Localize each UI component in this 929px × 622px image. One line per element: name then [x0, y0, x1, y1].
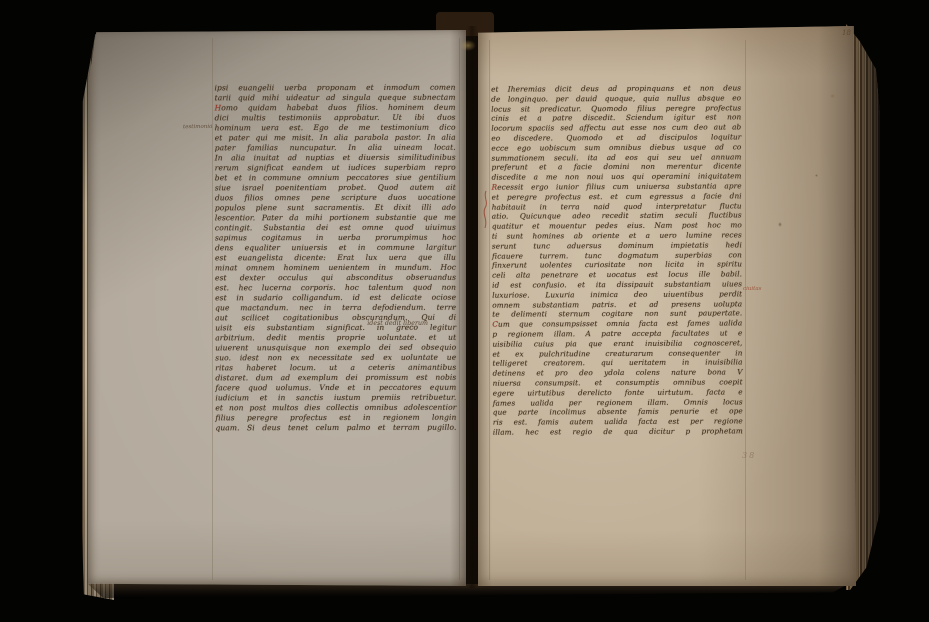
manuscript-line: ipsi euangelii uerba proponam et inmodum… [215, 83, 456, 94]
interlinear-note: idest dedit liberum [367, 320, 428, 327]
ruling-line [212, 38, 213, 580]
margin-note-left: testimonia [183, 124, 212, 131]
manuscript-line: uisibilia cuius pia que erant inuisibili… [492, 338, 742, 349]
folio-number: 18 [842, 29, 851, 37]
manuscript-line: suo. idest non ex necessitate sed ex uol… [215, 353, 456, 364]
manuscript-line: que mactandum. nec in terra defodiendum.… [215, 303, 456, 314]
manuscript-line: est. hec lucerna corporis. hoc talentum … [215, 283, 456, 294]
manuscript-line: hominum uera est. Ego de me testimonium … [215, 123, 456, 134]
manuscript-line: distaret. dum ad exemplum dei promissum … [215, 373, 456, 384]
manuscript-line: populos plene sunt sacramentis. Et dixit… [215, 203, 456, 214]
manuscript-line: facere quod uolumus. Vnde et in peccator… [215, 383, 456, 394]
manuscript-line: et pater qui me misit. In alia parabola … [215, 133, 456, 144]
manuscript-photo: testimonia ipsi euangelii uerba proponam… [0, 0, 929, 622]
manuscript-line: arbitrium. dedit mentis proprie uoluntat… [215, 333, 456, 344]
manuscript-line: est euangelista dicente: Erat lux uera q… [215, 253, 456, 264]
gutter-shadow [450, 26, 492, 588]
quire-mark: 38 [742, 451, 756, 460]
manuscript-line: est dexter occulus qui absconditus obser… [215, 273, 456, 284]
manuscript-line: uiuerent unusquisque non exemplo dei sed… [215, 343, 456, 354]
manuscript-line: bet et in commune omnium peccatores siue… [215, 173, 456, 184]
manuscript-line: dens equaliter uniuersis et in commune l… [215, 243, 456, 254]
manuscript-line: dici multis testimoniis approbatur. Ut i… [215, 113, 456, 124]
manuscript-line: tarii quid mihi uideatur ad singula queq… [215, 93, 456, 104]
parchment-speck [778, 222, 782, 227]
left-page-text: ipsi euangelii uerba proponam et inmodum… [215, 83, 457, 434]
manuscript-line: iudicium et in sanctis iustum premiis re… [215, 393, 456, 404]
parchment-stain [460, 40, 476, 51]
parchment-speck [815, 174, 818, 177]
manuscript-line: ritas haberet locum. ut a ceteris animan… [215, 363, 456, 374]
manuscript-line: minat omnem hominem uenientem in mundum.… [215, 263, 456, 274]
right-page-text: et Iheremias dicit deus ad propinquans e… [491, 83, 743, 437]
manuscript-line: contingit. Substantia dei est omne quod … [215, 223, 456, 234]
manuscript-line: duos filios omnes pene scripture duos uo… [215, 193, 456, 204]
manuscript-line: In alia inuitat ad nuptias et diuersis s… [215, 153, 456, 164]
manuscript-line: rerum significat eandem ut iudices super… [215, 163, 456, 174]
manuscript-line: luxuriose. Luxuria inimica deo uiuentibu… [492, 289, 742, 300]
manuscript-line: Homo quidam habebat duos filios. hominem… [215, 103, 456, 114]
margin-note-right: ciuitas [743, 286, 761, 292]
ruling-line [745, 40, 746, 580]
left-page: testimonia ipsi euangelii uerba proponam… [88, 30, 466, 586]
manuscript-line: lescentior. Pater da mihi portionem subs… [215, 213, 456, 224]
manuscript-line: illam. hec est regio de qua dicitur p pr… [493, 426, 743, 437]
manuscript-line: et non post multos dies collectis omnibu… [215, 403, 456, 414]
manuscript-line: est in sudario colligandum. id est delic… [215, 293, 456, 304]
manuscript-line: egere uirtutibus derelicto fonte uirtutu… [493, 387, 743, 398]
right-page: 18 et Iheremias dicit deus ad propinquan… [478, 26, 856, 586]
parchment-speck [830, 94, 835, 98]
manuscript-line: sapimus cogitamus in uerba prorumpimus h… [215, 233, 456, 244]
manuscript-line: filius peregre profectus est in regionem… [215, 413, 456, 424]
manuscript-line: pater familias nuncupatur. In alia uinea… [215, 143, 456, 154]
manuscript-line: siue israel poenitentiam probet. Quod au… [215, 183, 456, 194]
manuscript-line: quam. Si deus tenet celum palmo et terra… [215, 423, 456, 434]
